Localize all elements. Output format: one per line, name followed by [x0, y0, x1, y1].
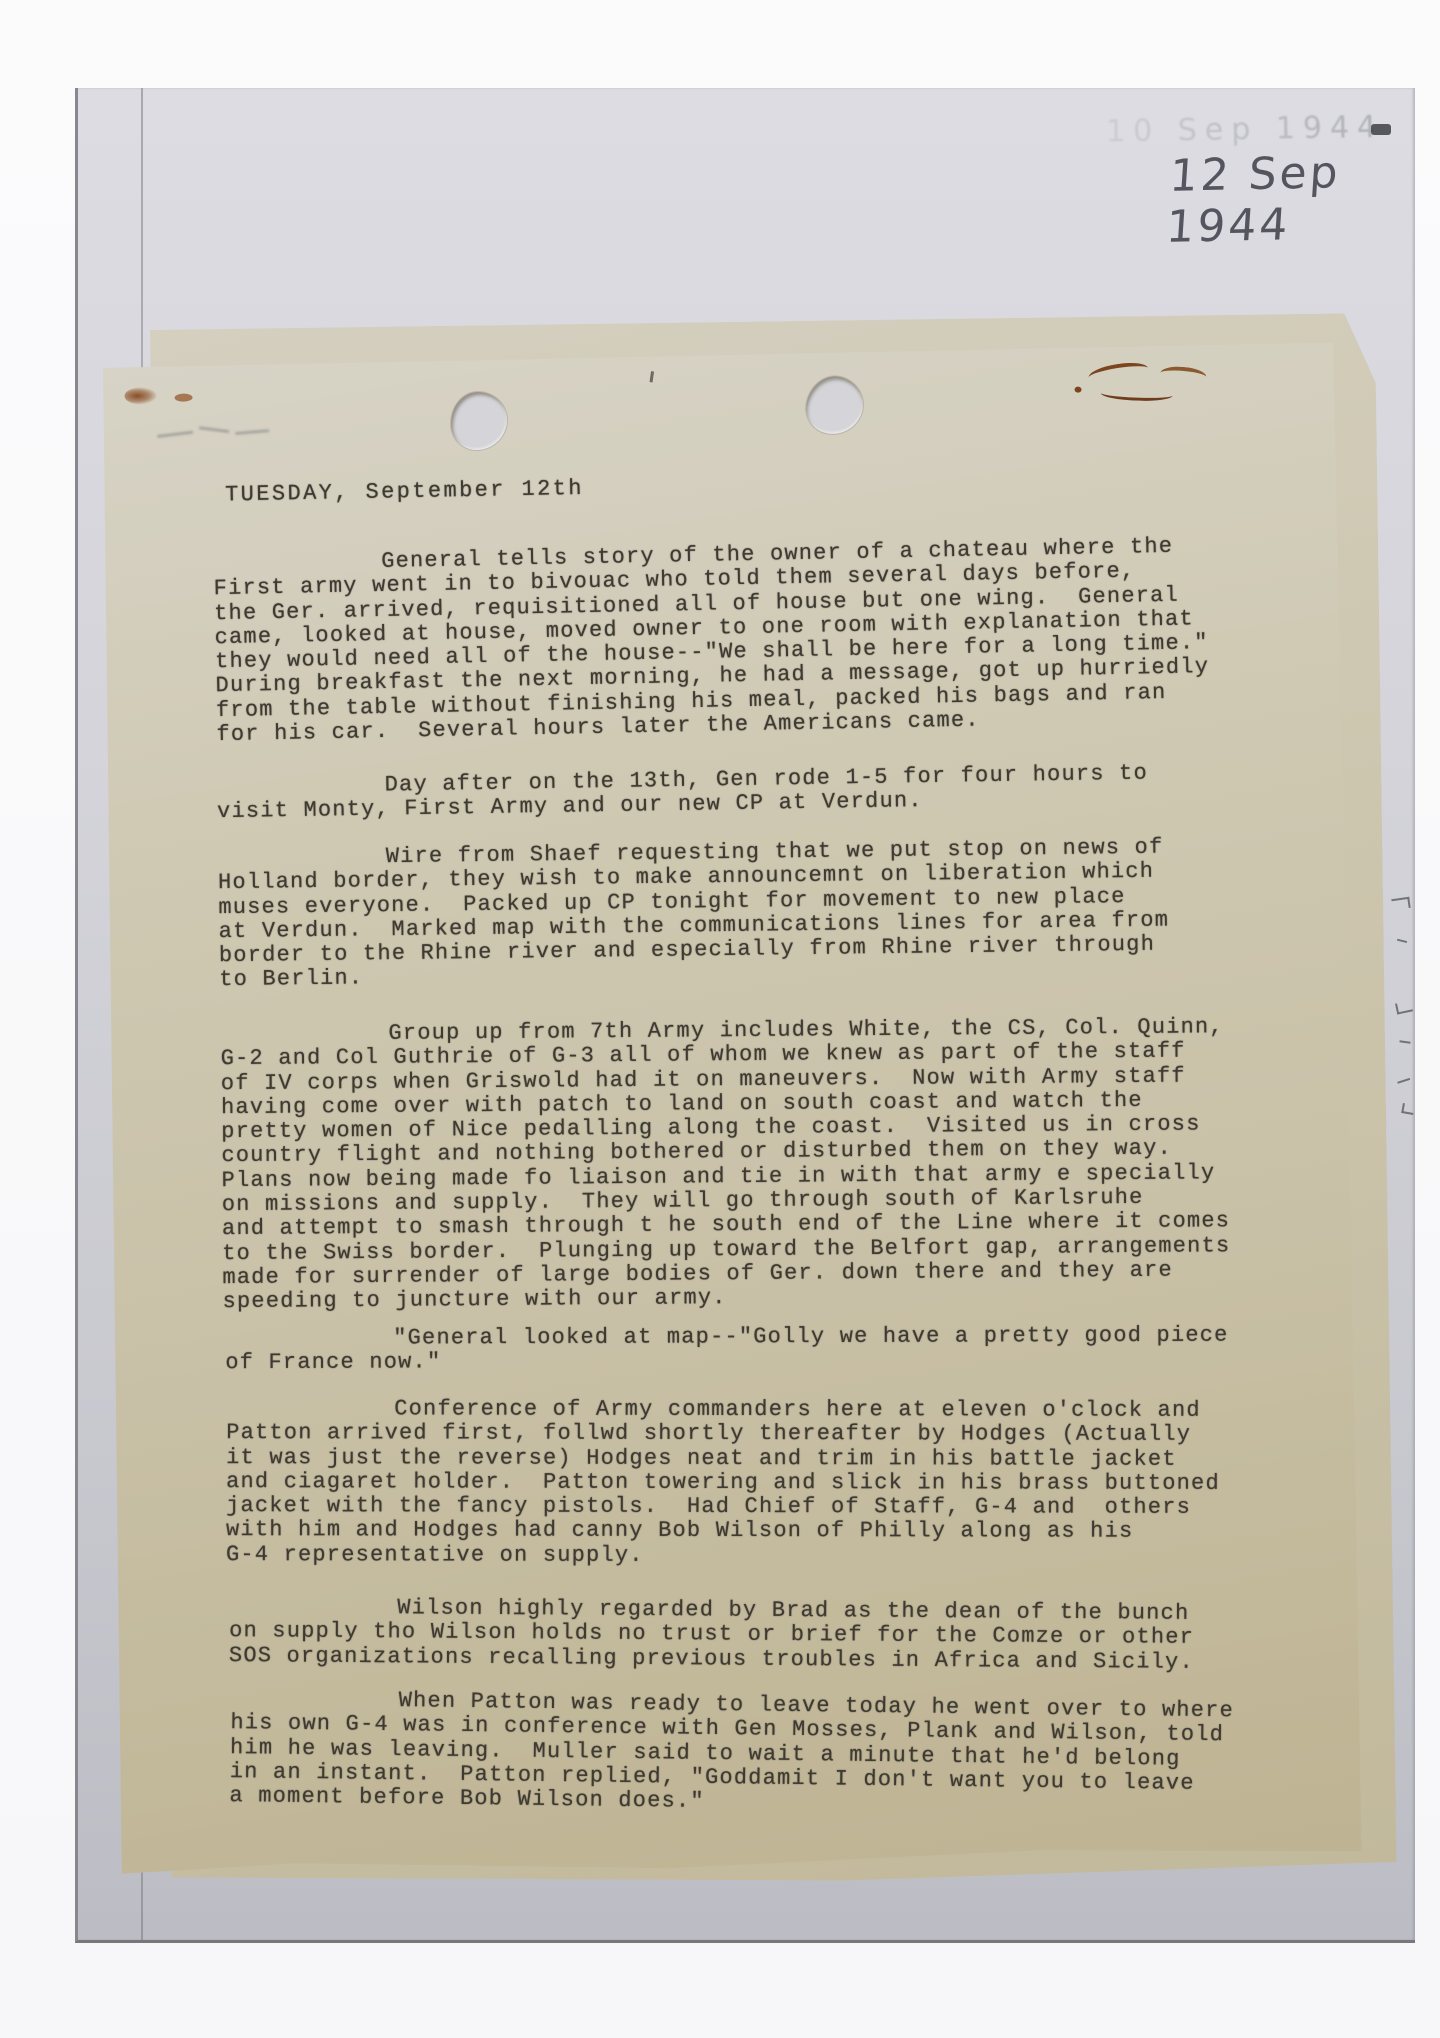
typewritten-line: with him and Hodges had canny Bob Wilson…: [226, 1519, 1220, 1545]
paragraph: General tells story of the owner of a ch…: [213, 534, 1210, 747]
ink-mark: [1371, 124, 1391, 135]
typewritten-line: jacket with the fancy pistols. Had Chief…: [226, 1494, 1220, 1520]
typewritten-line: speeding to juncture with our army.: [222, 1282, 1230, 1314]
paragraph: "General looked at map--"Golly we have a…: [225, 1324, 1228, 1376]
typewritten-text: TUESDAY, September 12th General tells st…: [98, 343, 1362, 1880]
paragraph: Wilson highly regarded by Brad as the de…: [229, 1595, 1194, 1675]
typewritten-line: Patton arrived first, follwd shortly the…: [226, 1421, 1220, 1447]
typewritten-line: SOS organizations recalling previous tro…: [229, 1644, 1194, 1675]
typewritten-line: G-4 representative on supply.: [226, 1543, 1220, 1569]
typewritten-line: and ciagaret holder. Patton towering and…: [226, 1470, 1220, 1496]
scanned-diary-page: 10 Sep 1944 12 Sep 1944 TUESDAY, Septemb…: [0, 0, 1440, 2038]
typewritten-line: Conference of Army commanders here at el…: [226, 1397, 1220, 1423]
paragraph: Group up from 7th Army includes White, t…: [220, 1015, 1230, 1314]
typewritten-line: "General looked at map--"Golly we have a…: [225, 1324, 1228, 1352]
typed-sheet: TUESDAY, September 12th General tells st…: [98, 343, 1362, 1880]
faint-date-stamp: 10 Sep 1944: [1106, 110, 1385, 150]
typewritten-line: of France now.": [225, 1348, 1228, 1376]
paragraph: Day after on the 13th, Gen rode 1-5 for …: [217, 762, 1149, 825]
paragraph: When Patton was ready to leave today he …: [229, 1687, 1234, 1821]
page-title: TUESDAY, September 12th: [225, 476, 584, 508]
paragraph: Conference of Army commanders here at el…: [226, 1397, 1220, 1569]
paragraph: Wire from Shaef requesting that we put s…: [218, 836, 1170, 993]
typewritten-line: it was just the reverse) Hodges neat and…: [226, 1446, 1220, 1472]
handwritten-date: 12 Sep 1944: [1165, 145, 1440, 253]
